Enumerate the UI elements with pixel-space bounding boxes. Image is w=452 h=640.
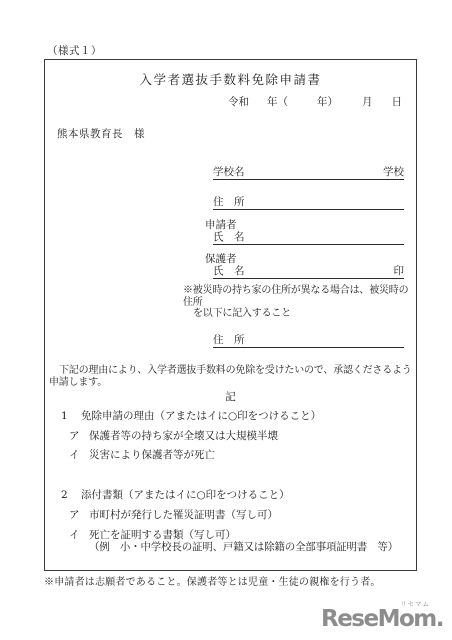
section-2-heading-text: 添付書類（アまたはイに○印をつけること） [81,489,290,501]
day-label: 日 [392,96,403,108]
application-form-box: 入学者選抜手数料免除申請書 令和年（年）月日 熊本県教育長 様 学校名 学校 住… [44,59,417,571]
date-line: 令和年（年）月日 [45,96,416,109]
address-field[interactable] [245,196,405,209]
addressee: 熊本県教育長 様 [57,128,416,141]
section-2-heading: 2 添付書類（アまたはイに○印をつけること） [61,489,416,501]
record-heading: 記 [45,391,416,403]
applicant-group-label: 申請者 [205,219,416,231]
reason-item-i: イ 災害により保護者等が死亡 [69,449,416,461]
attachment-item-i-text: 死亡を証明する書類（写し可） [89,529,236,541]
logo-ruby-text: リセマム [400,601,430,608]
reason-item-i-text: 災害により保護者等が死亡 [89,449,215,461]
guardian-name-label: 氏 名 [213,265,245,278]
school-name-row: 学校名 学校 [213,166,404,180]
attachment-item-i-example: （例 小・中学校長の証明、戸籍又は除籍の全部事項証明書 等） [89,542,398,554]
request-paragraph: 下記の理由により、入学者選抜手数料の免除を受けたいので、承認くださるよう申請しま… [49,365,412,389]
attachment-item-i-body: 死亡を証明する書類（写し可） （例 小・中学校長の証明、戸籍又は除籍の全部事項証… [89,529,398,554]
reason-item-a-marker: ア [69,430,89,442]
applicant-name-label: 氏 名 [213,231,245,244]
school-name-label: 学校名 [213,166,245,179]
western-year-label: 年） [317,96,338,108]
applicant-name-row: 氏 名 [213,231,404,245]
reason-item-a: ア 保護者等の持ち家が全壊又は大規模半壊 [69,430,416,442]
guardian-name-row: 氏 名 印 [213,265,404,279]
seal-label: 印 [394,265,405,278]
section-1-heading-text: 免除申請の理由（アまたはイに○印をつけること） [81,410,321,422]
attachment-item-i: イ 死亡を証明する書類（写し可） （例 小・中学校長の証明、戸籍又は除籍の全部事… [69,529,416,554]
attachment-item-a-marker: ア [69,509,89,521]
address-label: 住 所 [213,196,245,209]
logo-text: ReseMom. [321,606,443,632]
form-title: 入学者選抜手数料免除申請書 [45,72,416,87]
attachment-item-a-text: 市町村が発行した罹災証明書（写し可） [89,509,278,521]
resemom-logo: リセマム ReseMom. [321,599,443,632]
address-row: 住 所 [213,196,404,210]
disaster-note-line1: ※被災時の持ち家の住所が異なる場合は、被災時の住所 [183,285,416,308]
disaster-address-field[interactable] [245,334,405,347]
section-1-heading: 1 免除申請の理由（アまたはイに○印をつけること） [61,410,416,422]
reason-item-i-marker: イ [69,449,89,461]
year-label: 年（ [267,96,288,108]
section-2-number: 2 [61,489,81,501]
guardian-name-field[interactable] [245,265,394,278]
document-page: （様式１） 入学者選抜手数料免除申請書 令和年（年）月日 熊本県教育長 様 学校… [0,0,452,640]
school-suffix-label: 学校 [383,166,404,179]
attachment-item-i-marker: イ [69,529,89,554]
attachment-item-a: ア 市町村が発行した罹災証明書（写し可） [69,509,416,521]
guardian-group-label: 保護者 [205,253,416,265]
disaster-address-row: 住 所 [213,334,404,348]
disaster-note: ※被災時の持ち家の住所が異なる場合は、被災時の住所 を以下に記入すること [183,285,416,320]
applicant-name-field[interactable] [245,231,405,244]
form-style-label: （様式１） [47,45,102,57]
school-name-field[interactable] [245,166,384,179]
disaster-note-line2: を以下に記入すること [183,308,416,320]
reason-item-a-text: 保護者等の持ち家が全壊又は大規模半壊 [89,430,278,442]
section-1-number: 1 [61,410,81,422]
disaster-address-label: 住 所 [213,334,245,347]
era-label: 令和 [228,96,249,108]
month-label: 月 [362,96,373,108]
footer-note: ※申請者は志願者であること。保護者等とは児童・生徒の親権を行う者。 [44,577,381,589]
